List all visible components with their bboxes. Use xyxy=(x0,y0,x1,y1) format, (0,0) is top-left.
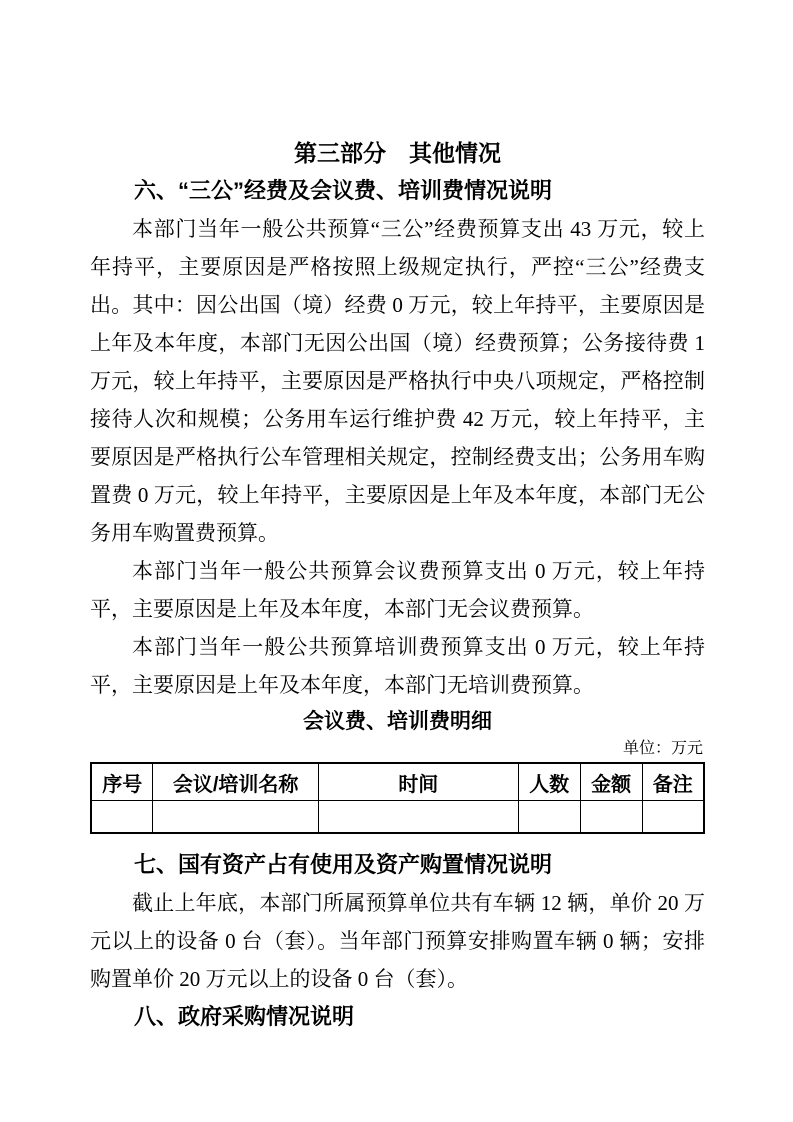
col-header-remarks: 备注 xyxy=(642,763,704,801)
col-header-seq-no: 序号 xyxy=(91,763,153,801)
paragraph-three-public-funds: 本部门当年一般公共预算“三公”经费预算支出 43 万元，较上年持平，主要原因是严… xyxy=(90,210,705,552)
col-header-meeting-training-name: 会议/培训名称 xyxy=(153,763,319,801)
paragraph-training-fee: 本部门当年一般公共预算培训费预算支出 0 万元，较上年持平，主要原因是上年及本年… xyxy=(90,628,705,704)
section-heading-government-procurement: 八、政府采购情况说明 xyxy=(90,998,705,1036)
cell-amount xyxy=(580,801,642,834)
table-title: 会议费、培训费明细 xyxy=(90,706,705,738)
table-row xyxy=(91,801,704,834)
section-heading-three-public-funds: 六、“三公”经费及会议费、培训费情况说明 xyxy=(90,172,705,210)
paragraph-meeting-fee: 本部门当年一般公共预算会议费预算支出 0 万元，较上年持平，主要原因是上年及本年… xyxy=(90,552,705,628)
cell-time xyxy=(318,801,518,834)
section-heading-state-assets: 七、国有资产占有使用及资产购置情况说明 xyxy=(90,846,705,884)
cell-people-count xyxy=(518,801,580,834)
cell-seq-no xyxy=(91,801,153,834)
document-page: 第三部分 其他情况 六、“三公”经费及会议费、培训费情况说明 本部门当年一般公共… xyxy=(0,0,793,1122)
meeting-training-detail-table: 序号 会议/培训名称 时间 人数 金额 备注 xyxy=(90,762,705,834)
part-title: 第三部分 其他情况 xyxy=(90,134,705,172)
col-header-time: 时间 xyxy=(318,763,518,801)
col-header-people-count: 人数 xyxy=(518,763,580,801)
col-header-amount: 金额 xyxy=(580,763,642,801)
cell-remarks xyxy=(642,801,704,834)
table-header-row: 序号 会议/培训名称 时间 人数 金额 备注 xyxy=(91,763,704,801)
paragraph-state-assets: 截止上年底，本部门所属预算单位共有车辆 12 辆，单价 20 万元以上的设备 0… xyxy=(90,884,705,998)
cell-meeting-training-name xyxy=(153,801,319,834)
unit-note: 单位：万元 xyxy=(90,738,705,760)
